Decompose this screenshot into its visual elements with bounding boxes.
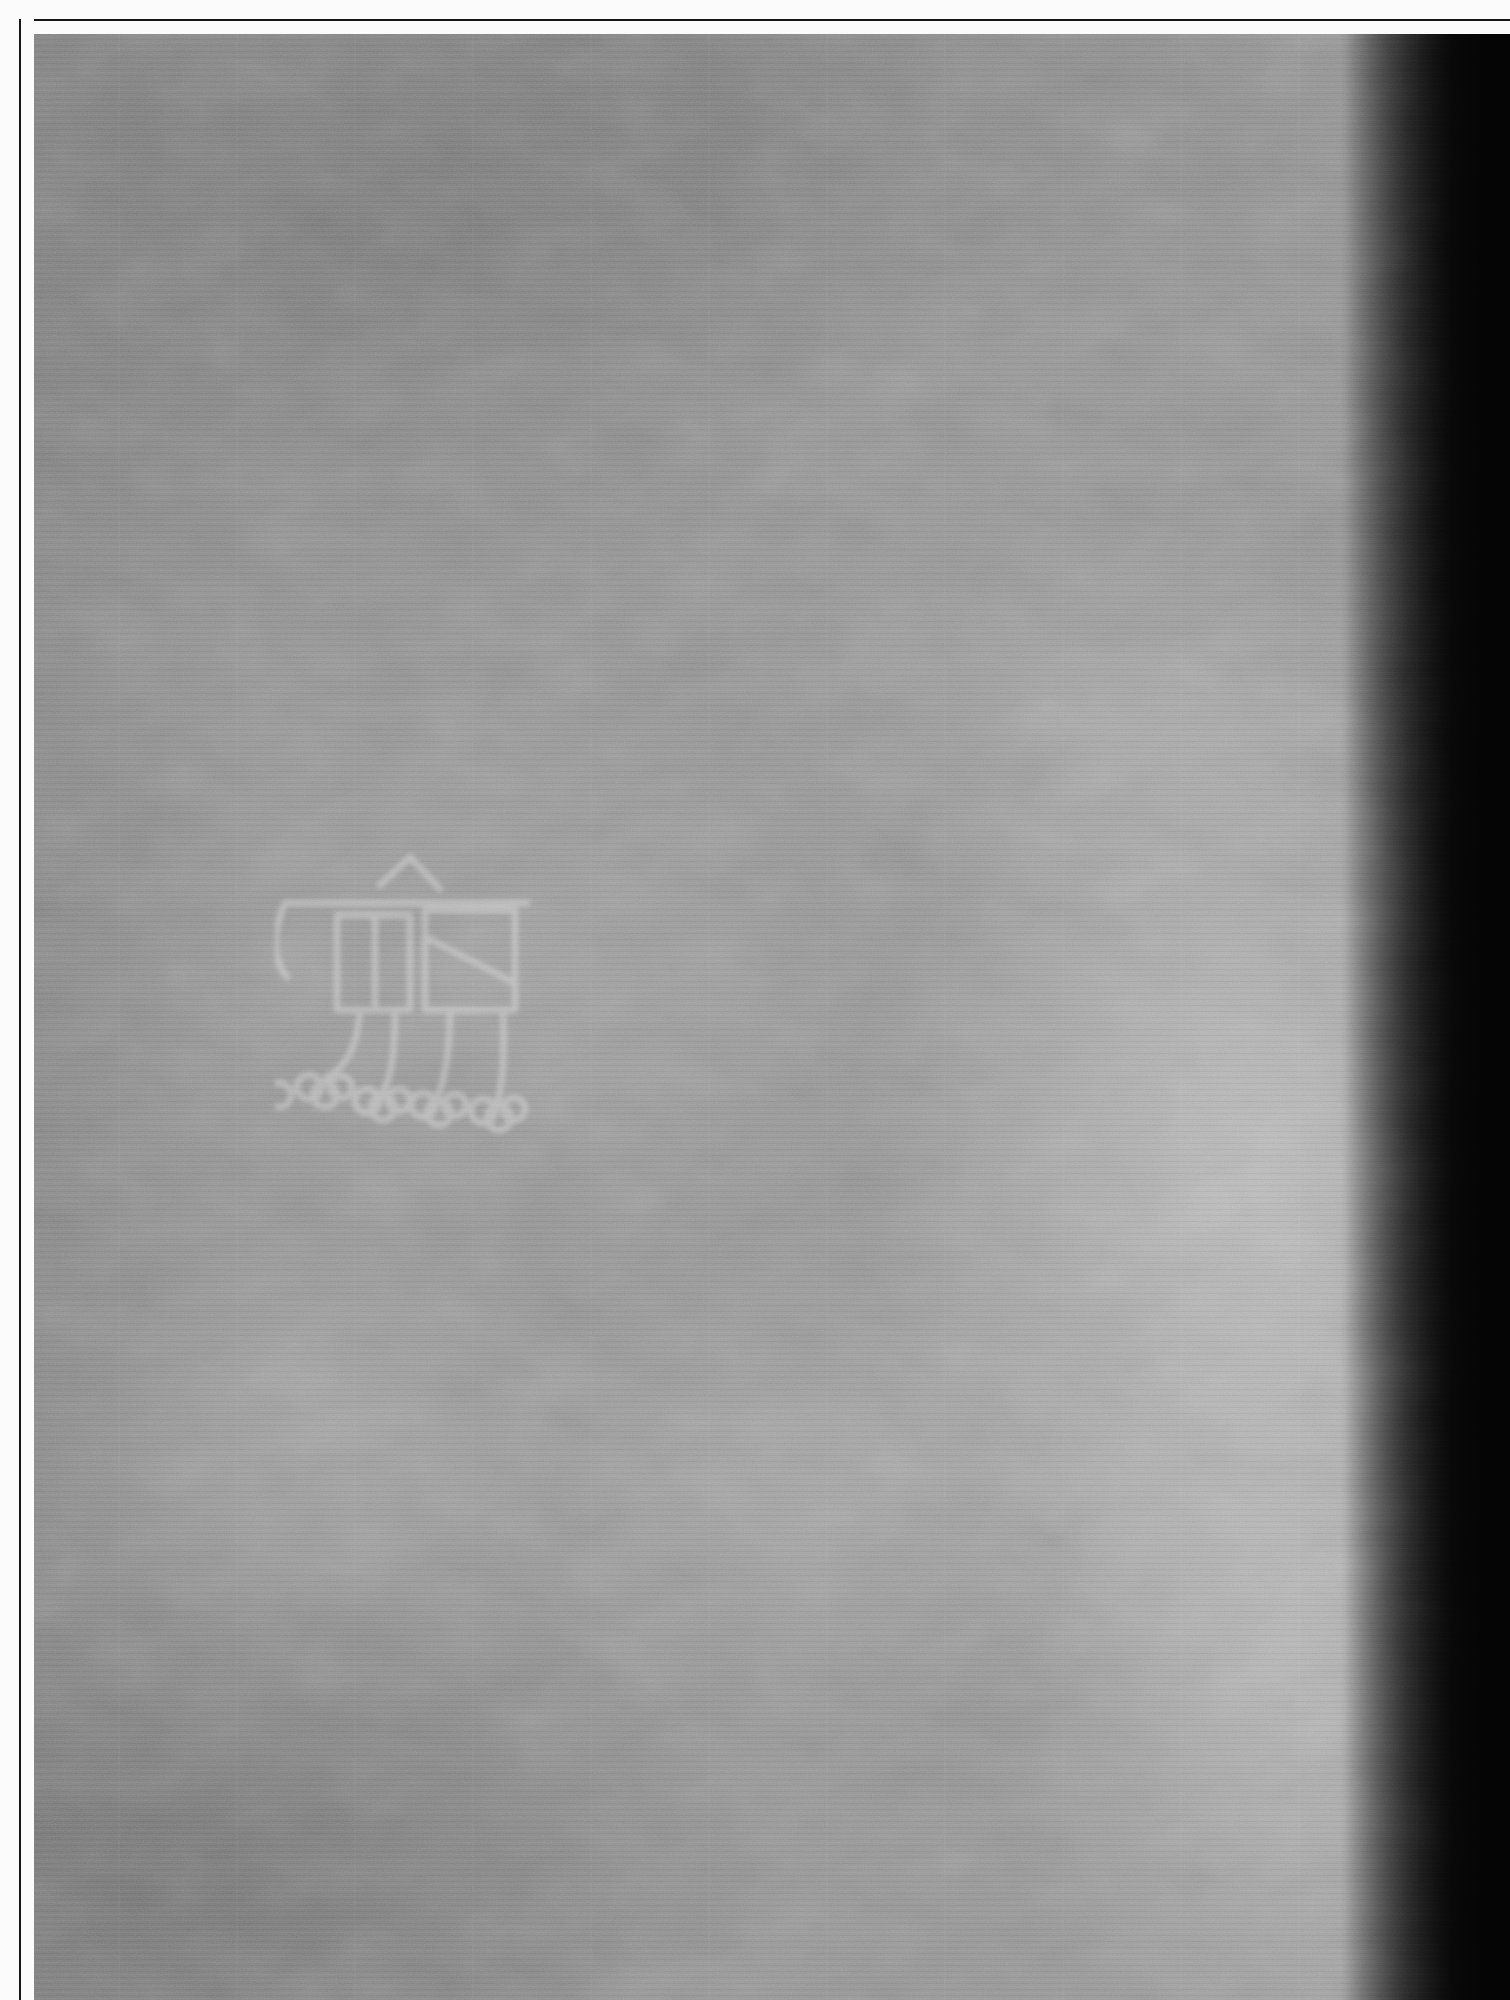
scan-viewport: [0, 0, 1510, 2000]
ruler-vertical: [0, 0, 34, 2000]
ruler-vertical-baseline: [19, 19, 21, 2000]
ruler-horizontal: [0, 0, 1510, 34]
ruler-horizontal-baseline: [19, 19, 1510, 21]
folio-photo: [0, 0, 1510, 2000]
ink-trace-layer: [0, 0, 1510, 2000]
